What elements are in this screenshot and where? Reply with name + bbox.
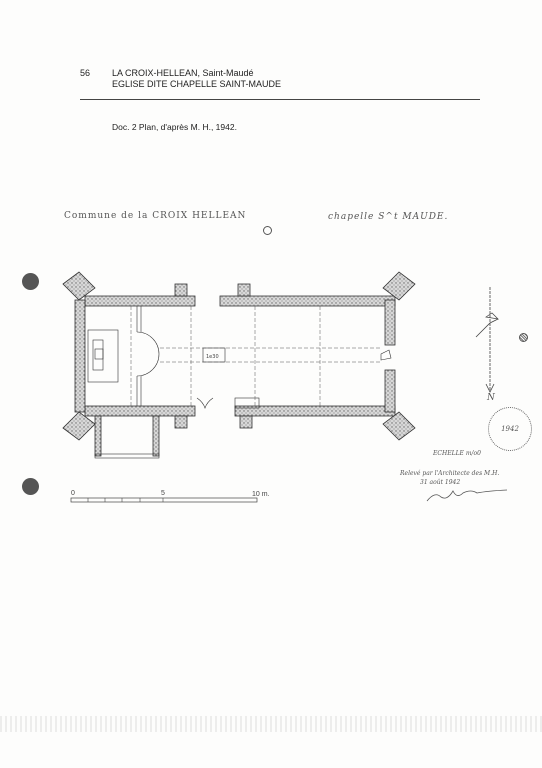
north-arrow <box>470 285 510 405</box>
scale-start: 0 <box>71 490 75 497</box>
north-label: N <box>487 393 495 403</box>
punch-hole-bottom <box>22 478 39 495</box>
page-number: 56 <box>80 68 90 78</box>
figure-caption: Doc. 2 Plan, d'après M. H., 1942. <box>112 122 237 132</box>
survey-note-line2: 31 août 1942 <box>420 479 460 486</box>
tomb-label: 1e30 <box>206 354 219 360</box>
floor-plan: 1e30 <box>55 270 420 460</box>
header-subtitle: EGLISE DITE CHAPELLE SAINT-MAUDE <box>112 79 281 89</box>
chapel-label: chapelle S^t MAUDE. <box>328 212 448 222</box>
scale-mid: 5 <box>161 490 165 497</box>
scale-bar <box>70 497 260 505</box>
punch-hole-top <box>22 273 39 290</box>
survey-note-line1: Relevé par l'Architecte des M.H. <box>400 470 499 477</box>
architect-signature <box>425 487 515 505</box>
scan-noise <box>0 716 542 732</box>
header-title: LA CROIX-HELLEAN, Saint-Maudé <box>112 68 254 78</box>
scale-note: ECHELLE m/o0 <box>433 450 481 457</box>
stamp-text: 1942 <box>501 425 519 433</box>
header-rule <box>80 99 480 100</box>
commune-label: Commune de la CROIX HELLEAN <box>64 211 246 221</box>
archive-stamp: 1942 <box>488 407 532 451</box>
registration-mark-icon <box>519 333 528 342</box>
registration-mark-icon <box>263 226 272 235</box>
